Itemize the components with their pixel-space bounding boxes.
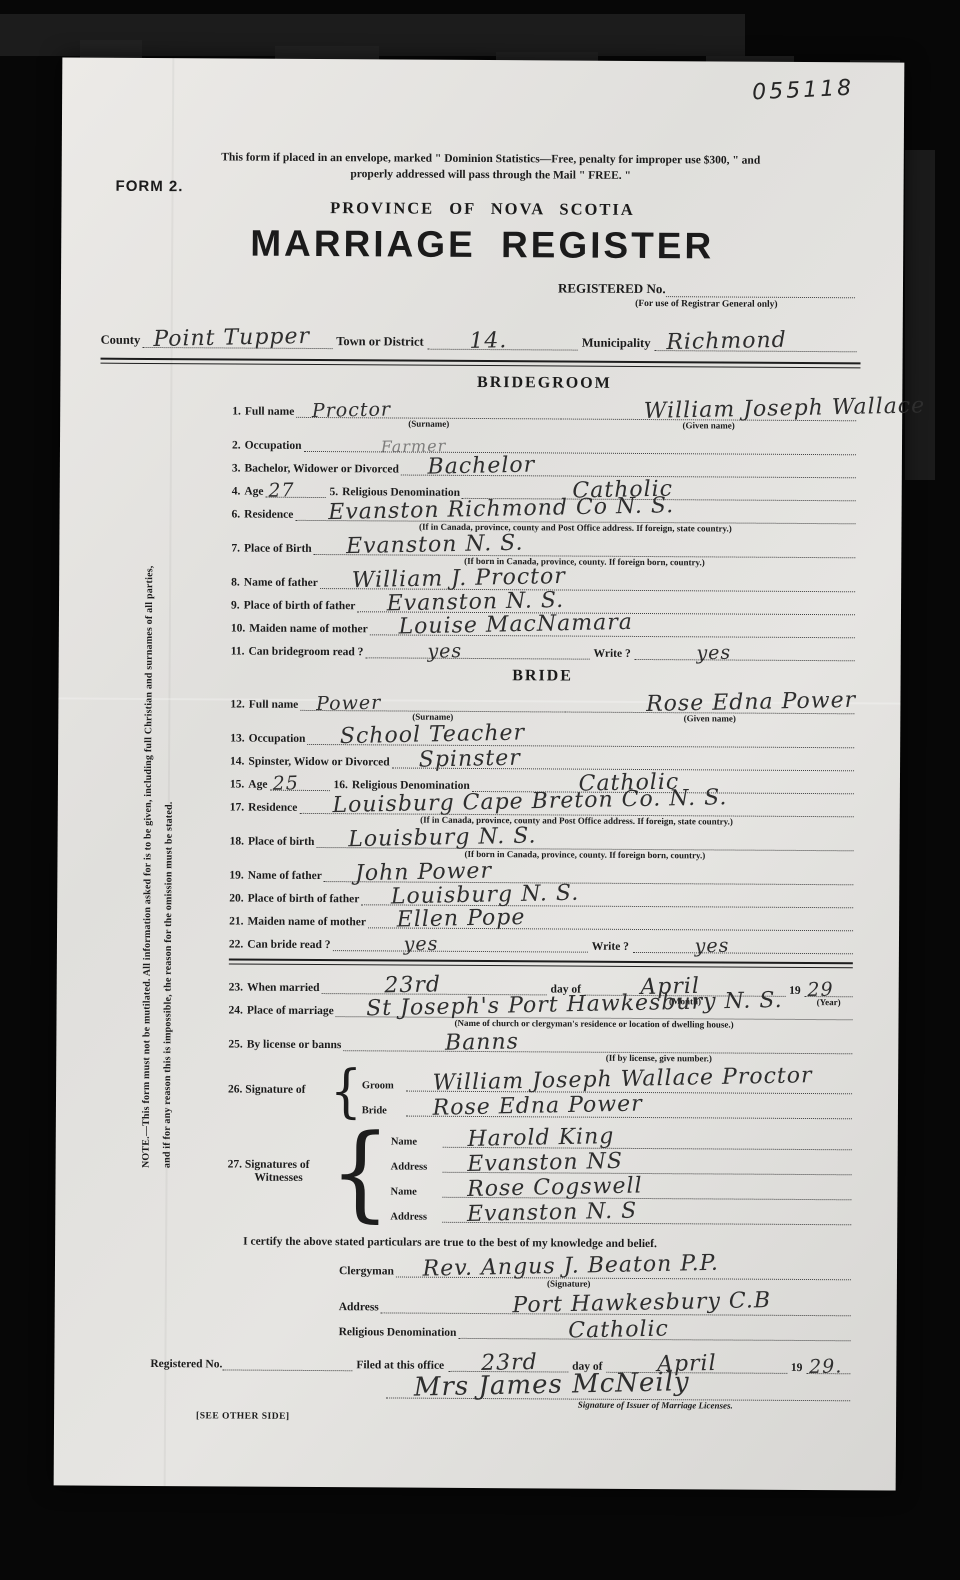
handwritten-county: Point Tupper [153, 324, 310, 352]
field-number: 3. [232, 463, 241, 475]
bride-signature-line: Rose Edna Power [406, 1091, 852, 1120]
field-label: Name of father [244, 577, 318, 589]
field-label: Occupation [245, 440, 302, 452]
field-number: 21. [229, 916, 243, 928]
field-line: Spinster [392, 744, 855, 771]
address-label: Address [339, 1301, 379, 1313]
see-other-side: [SEE OTHER SIDE] [196, 1411, 896, 1425]
field-label: Signature of [245, 1084, 305, 1096]
couple-signature-rows: Groom William Joseph Wallace Proctor Bri… [362, 1066, 852, 1119]
field-number: 27. [228, 1158, 242, 1170]
field-number: 4. [232, 486, 241, 498]
field-line: St Joseph's Port Hawkesbury N. S. (Name … [336, 993, 853, 1020]
field-number: 25. [228, 1039, 242, 1051]
field-line: Farmer [303, 428, 856, 455]
bride-signature: Rose Edna Power [432, 1092, 643, 1121]
field-row-13: 13. Occupation School Teacher [230, 722, 854, 749]
write-label: Write ? [594, 648, 631, 660]
handwritten-bride-birthplace: Louisburg N. S. [348, 823, 537, 852]
couple-signatures-block: 26. Signature of Groom William Joseph Wa… [228, 1062, 852, 1124]
signature-of-label: 26. Signature of [228, 1084, 330, 1098]
field-number: 15. [230, 779, 244, 791]
form-number-label: FORM 2. [116, 178, 184, 195]
field-label: Name of father [248, 870, 322, 882]
groom-label: Groom [362, 1080, 406, 1091]
handwritten-town: 14. [469, 328, 507, 354]
registrar-note: (For use of Registrar General only) [558, 299, 855, 311]
address-line: Port Hawkesbury C.B [381, 1287, 851, 1316]
handwritten-groom-residence: Evanston Richmond Co N. S. [328, 493, 674, 525]
witness-address-label: Address [390, 1211, 442, 1222]
field-label: By license or banns [247, 1039, 342, 1052]
witness-line: Evanston N. S [442, 1197, 851, 1225]
field-label: Place of birth [248, 836, 315, 848]
field-number: 18. [230, 836, 244, 848]
microfilm-scan: 055118 FORM 2. This form if placed in an… [0, 0, 960, 1580]
registered-no-label: Registered No. [150, 1358, 222, 1370]
clergyman-address-row: Address Port Hawkesbury C.B [339, 1288, 851, 1316]
handwritten-bride-surname: Power [316, 692, 381, 715]
handwritten-bride-write: yes [694, 935, 729, 958]
brace [329, 1122, 391, 1222]
issuer-signature-line: Mrs James McNeily Signature of Issuer of… [386, 1372, 850, 1401]
handwritten-groom-write: yes [696, 642, 731, 665]
field-number: 23. [229, 982, 243, 994]
field-number: 9. [231, 600, 240, 612]
field-line: School Teacher [307, 721, 854, 748]
given-name-line: William Joseph Wallace (Given name) [561, 394, 856, 422]
field-label: Can bridegroom read ? [248, 646, 363, 659]
field-number: 10. [231, 623, 245, 635]
field-label: Witnesses [227, 1172, 329, 1186]
field-label: Full name [249, 699, 299, 711]
province-heading: PROVINCE OF NOVA SCOTIA [61, 196, 903, 221]
field-label: Can bride read ? [247, 939, 330, 952]
clergyman-row: Clergyman Rev. Angus J. Beaton P.P. (Sig… [339, 1252, 851, 1280]
registered-no-line [222, 1344, 352, 1371]
witness-address-label: Address [391, 1161, 443, 1172]
day-line: 23rd [322, 968, 547, 995]
write-label: Write ? [592, 941, 629, 953]
town-label: Town or District [336, 334, 424, 350]
field-number: 12. [230, 699, 244, 711]
field-line: yes [635, 636, 855, 661]
film-edge-strip [905, 150, 935, 480]
field-number: 1. [232, 406, 241, 418]
witness-signatures-block: 27. Signatures of Witnesses Name Harold … [227, 1122, 852, 1226]
field-number: 24. [229, 1005, 243, 1017]
mailing-notice-line2: properly addressed will pass through the… [350, 168, 631, 182]
denomination-line: Catholic [458, 1313, 850, 1341]
handwritten-bride-read: yes [403, 933, 438, 956]
field-label: When married [247, 982, 320, 994]
field-row-24: 24. Place of marriage St Joseph's Port H… [229, 994, 853, 1021]
witness-address: Evanston N. S [466, 1199, 637, 1227]
certification-rows: Clergyman Rev. Angus J. Beaton P.P. (Sig… [339, 1252, 852, 1341]
witness-signature-rows: Name Harold King Address Evanston NS Nam… [390, 1122, 852, 1225]
form-fields: BRIDEGROOM 1. Full name Proctor (Surname… [227, 373, 857, 1342]
field-row-18: 18. Place of birth Louisburg N. S. (If b… [230, 825, 854, 852]
denomination-label: Religious Denomination [339, 1326, 457, 1339]
field-number: 7. [231, 543, 240, 555]
handwritten-bride-given: Rose Edna Power [646, 688, 857, 717]
serial-number-handwritten: 055118 [752, 76, 855, 106]
field-row-21: 21. Maiden name of mother Ellen Pope [229, 905, 853, 932]
issuer-signature-row: Mrs James McNeily Signature of Issuer of… [386, 1373, 850, 1401]
year-prefix: 19 [791, 1362, 803, 1374]
clergyman-line: Rev. Angus J. Beaton P.P. (Signature) [396, 1252, 851, 1281]
registered-no-line [666, 278, 855, 298]
field-number: 2. [232, 440, 241, 452]
field-line: Louisburg Cape Breton Co. N. S. (If in C… [299, 790, 854, 817]
bride-signature-row: Bride Rose Edna Power [362, 1091, 852, 1119]
field-label: Place of Birth [244, 543, 312, 555]
handwritten-denomination: Catholic [568, 1317, 669, 1344]
field-label: Age [248, 779, 267, 791]
denomination-row: Religious Denomination Catholic [339, 1313, 851, 1341]
field-number: 14. [230, 756, 244, 768]
field-number: 13. [230, 733, 244, 745]
field-number: 22. [229, 939, 243, 951]
bride-heading: BRIDE [231, 666, 855, 688]
field-row-12: 12. Full name Power (Surname) Rose Edna … [230, 686, 854, 715]
field-line: Evanston N. S. (If born in Canada, provi… [314, 531, 856, 558]
field-label: Residence [244, 509, 293, 521]
field-label: Occupation [249, 733, 306, 745]
field-number: 26. [228, 1084, 242, 1096]
field-row-7: 7. Place of Birth Evanston N. S. (If bor… [231, 532, 855, 559]
field-line: Louisburg N. S. (If born in Canada, prov… [316, 824, 853, 851]
field-row-1: 1. Full name Proctor (Surname) William J… [232, 393, 856, 422]
municipality-label: Municipality [582, 336, 651, 351]
filed-label: Filed at this office [356, 1359, 444, 1372]
handwritten-municipality: Richmond [666, 328, 787, 355]
signature-caption: (Signature) [547, 1278, 590, 1288]
filed-day-line: 23rd [448, 1346, 568, 1373]
filed-year-line: 29. [806, 1348, 850, 1374]
field-number: 17. [230, 802, 244, 814]
registered-no-block: REGISTERED No. (For use of Registrar Gen… [558, 279, 855, 311]
double-rule [100, 358, 860, 369]
handwritten-groom-read: yes [428, 640, 463, 663]
field-line: yes [633, 929, 853, 954]
handwritten-groom-surname: Proctor [312, 398, 392, 422]
given-name-caption: (Given name) [683, 420, 735, 430]
note-sidebar: NOTE.—This form must not be mutilated. A… [136, 556, 186, 1168]
handwritten-groom-birthplace: Evanston N. S. [346, 531, 524, 560]
issuer-caption: Signature of Issuer of Marriage Licenses… [578, 1400, 733, 1411]
witness-row: Address Evanston N. S [390, 1197, 851, 1225]
field-row-2: 2. Occupation Farmer [232, 429, 856, 456]
field-label: Place of birth of father [248, 893, 360, 906]
handwritten-groom-age: 27 [269, 479, 296, 502]
municipality-line: Richmond [654, 320, 856, 352]
witness-line: Evanston NS [443, 1147, 852, 1175]
field-label: Place of birth of father [244, 600, 356, 613]
county-line: Point Tupper [142, 317, 332, 349]
county-label: County [101, 333, 141, 348]
field-label: Age [244, 486, 263, 498]
county-row: County Point Tupper Town or District 14.… [101, 318, 857, 353]
surname-caption: (Surname) [412, 712, 453, 722]
handwritten-banns: Banns [445, 1029, 519, 1055]
clergyman-signature: Rev. Angus J. Beaton P.P. [423, 1251, 720, 1282]
field-label: Full name [245, 406, 295, 418]
bridegroom-heading: BRIDEGROOM [232, 373, 856, 395]
field-label: Maiden name of mother [249, 623, 368, 636]
witness-line: Rose Cogswell [442, 1172, 851, 1200]
field-number: 8. [231, 577, 240, 589]
year-line: 29 (Year) [805, 971, 853, 997]
field-row-17: 17. Residence Louisburg Cape Breton Co. … [230, 791, 854, 818]
field-label: Signatures of [245, 1158, 310, 1170]
field-label: Residence [248, 802, 297, 814]
handwritten-marriage-place: St Joseph's Port Hawkesbury N. S. [366, 988, 783, 1021]
field-row-6: 6. Residence Evanston Richmond Co N. S. … [232, 498, 856, 525]
field-row-25: 25. By license or banns Banns (If by lic… [228, 1028, 852, 1055]
handwritten-bride-age: 25 [273, 772, 300, 795]
field-number: 19. [229, 870, 243, 882]
field-line: Banns (If by license, give number.) [343, 1027, 852, 1054]
field-number: 6. [232, 509, 241, 521]
surname-line: Power (Surname) [300, 685, 565, 713]
age-line: 27 [265, 474, 325, 498]
witness-name-label: Name [391, 1136, 443, 1147]
field-number: 20. [229, 893, 243, 905]
registered-no-label: REGISTERED No. [558, 281, 666, 298]
age-line: 25 [269, 767, 329, 791]
field-row-22: 22. Can bride read ? yes Write ? yes [229, 928, 853, 955]
issuer-signature: Mrs James McNeily [413, 1367, 689, 1403]
witness-line: Harold King [443, 1122, 852, 1150]
marriage-register-page: 055118 FORM 2. This form if placed in an… [54, 57, 905, 1490]
mailing-notice-line1: This form if placed in an envelope, mark… [221, 151, 760, 166]
given-name-caption: (Given name) [684, 713, 736, 723]
handwritten-bride-residence: Louisburg Cape Breton Co. N. S. [332, 785, 727, 818]
town-line: 14. [428, 319, 578, 351]
given-name-line: Rose Edna Power (Given name) [565, 687, 854, 715]
field-number: 11. [231, 646, 245, 658]
witnesses-label: 27. Signatures of Witnesses [227, 1158, 329, 1185]
page-title: MARRIAGE REGISTER [61, 221, 903, 268]
license-caption: (If by license, give number.) [606, 1053, 712, 1064]
field-row-20: 20. Place of birth of father Louisburg N… [229, 882, 853, 909]
certification-statement: I certify the above stated particulars a… [243, 1236, 851, 1252]
field-line: Evanston Richmond Co N. S. (If in Canada… [295, 497, 855, 524]
clergyman-label: Clergyman [339, 1265, 394, 1277]
surname-caption: (Surname) [408, 419, 449, 429]
surname-line: Proctor (Surname) [296, 392, 561, 420]
field-row-11: 11. Can bridegroom read ? yes Write ? ye… [231, 635, 855, 662]
witness-name-label: Name [390, 1186, 442, 1197]
double-rule [229, 959, 853, 969]
field-line: yes [365, 634, 589, 659]
field-label: Place of marriage [247, 1005, 334, 1018]
mailing-notice: This form if placed in an envelope, mark… [166, 150, 816, 185]
field-line: yes [332, 927, 587, 953]
field-row-10: 10. Maiden name of mother Louise MacNama… [231, 612, 855, 639]
